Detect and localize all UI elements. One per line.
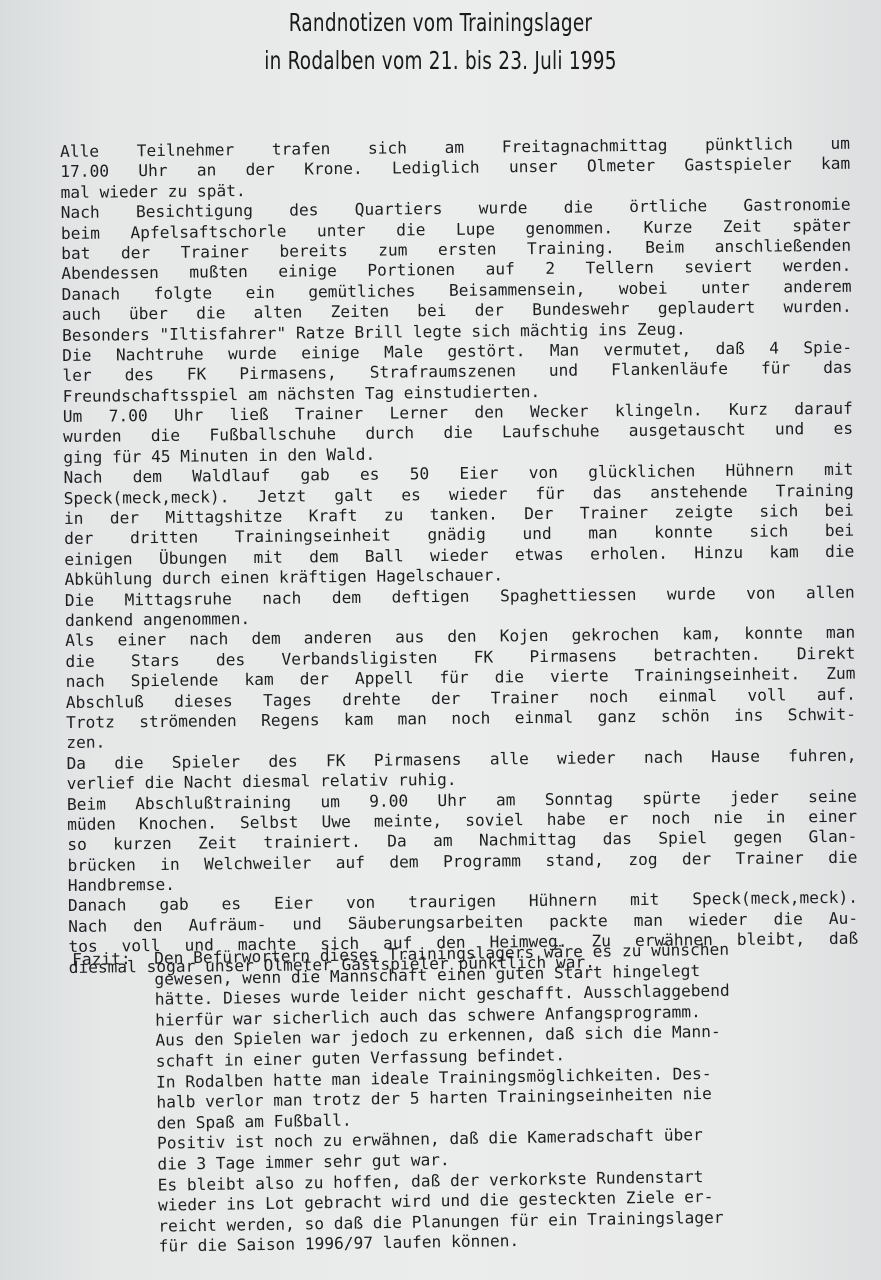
conclusion-label: Fazit: [72,949,131,971]
document-title-line-2: in Rodalben vom 21. bis 23. Juli 1995 [79,46,801,75]
document-title-line-1: Randnotizen vom Trainingslager [79,8,801,37]
report-body: AlleTeilnehmertrafensichamFreitagnachmit… [60,134,859,978]
conclusion-text: Den Befürwortern dieses Trainingslagers … [154,938,849,1258]
document-page: Randnotizen vom Trainingslager in Rodalb… [0,0,881,1280]
